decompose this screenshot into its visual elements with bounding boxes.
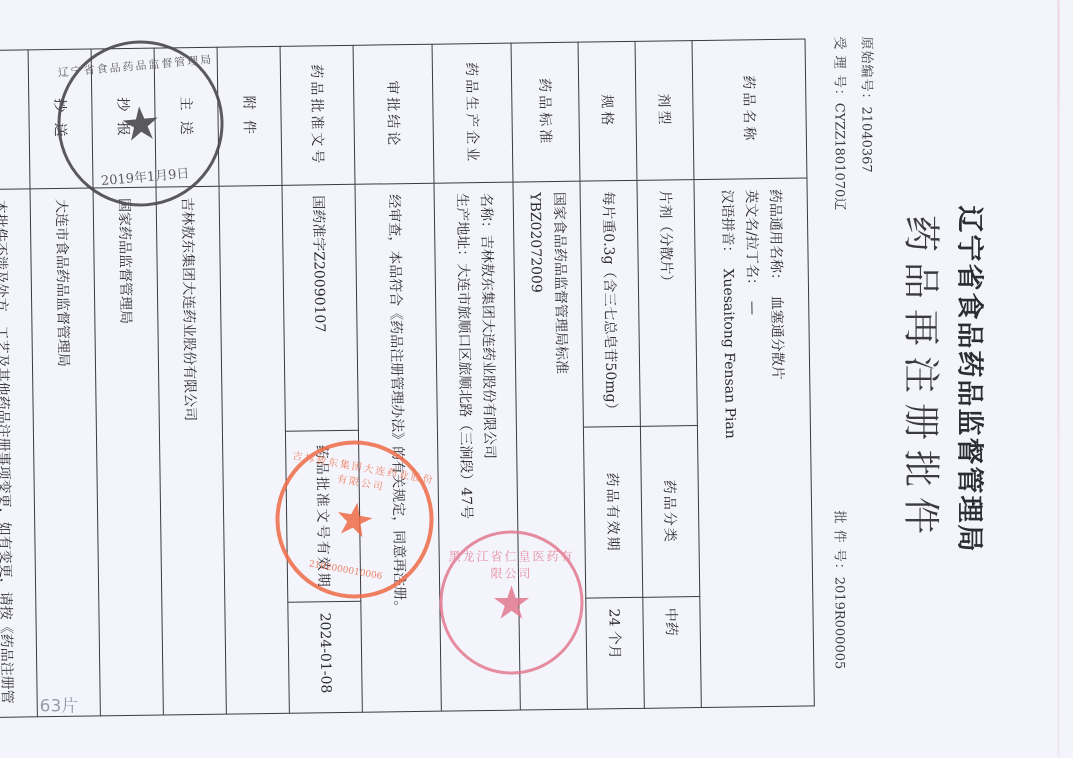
pinyin-name-label: 汉语拼音： [718, 189, 735, 259]
table-row: 抄 报 国家药品监督管理局 [91, 48, 163, 716]
conclusion-value: 经审查，本品符合《药品注册管理办法》的有关规定，同意再注册。 [354, 183, 440, 712]
drug-name-cell: 药品通用名称： 血塞通分散片 英文名/拉丁名： — 汉语拼音： Xuesaito… [693, 177, 813, 707]
conclusion-label: 审批结论 [353, 44, 434, 184]
remarks-label: 备 注 [0, 49, 30, 189]
approval-document-number-value: 2019R000005 [831, 576, 846, 669]
specification-label: 规格 [578, 41, 637, 181]
table-row: 主 送 吉林敖东集团大连药业股份有限公司 [154, 47, 226, 715]
manufacturer-label: 药品生产企业 [432, 43, 513, 183]
original-number: 原始编号：21040367 [858, 36, 877, 172]
manufacturer-cell: 名称：吉林敖东集团大连药业股份有限公司 生产地址：大连市旅顺口区旅顺北路（三涧段… [433, 182, 519, 711]
acceptance-number-value: CYZZ1801070辽 [831, 102, 846, 210]
registration-table: 药品名称 药品通用名称： 血塞通分散片 英文名/拉丁名： — 汉语拼音： Xue… [0, 38, 814, 718]
original-number-value: 21040367 [858, 106, 873, 172]
report-to-label: 抄 报 [91, 48, 156, 188]
main-recipient-label: 主 送 [154, 47, 219, 187]
pinyin-name-value: Xuesaitong Fensan Pian [719, 268, 737, 438]
validity-value: 24 个月 [585, 597, 644, 708]
manufacturer-name-label: 名称： [477, 192, 494, 234]
specification-value: 每片重0.3g（含三七总皂苷50mg） [579, 180, 639, 427]
table-row: 附 件 [217, 46, 289, 714]
main-recipient-value: 吉林敖东集团大连药业股份有限公司 [156, 186, 226, 715]
acceptance-number-label: 受 理 号： [831, 36, 846, 102]
drug-name-label: 药品名称 [692, 39, 807, 180]
dosage-form-value: 片剂（分散片） [636, 179, 696, 426]
scan-edge-line [1057, 0, 1059, 758]
attachment-label: 附 件 [217, 46, 282, 186]
approval-document-number: 批 件 号：2019R000005 [831, 510, 850, 669]
english-name-label: 英文名/拉丁名： [742, 189, 759, 292]
approval-number-value: 国药准字Z20090107 [281, 184, 357, 431]
approval-expiry-label: 药品批准文号有效期 [285, 430, 360, 602]
generic-name-label: 药品通用名称： [766, 188, 783, 286]
drug-category-value: 中药 [642, 596, 701, 707]
report-to-value: 国家药品监督管理局 [93, 187, 163, 716]
cc-value: 大连市食品药品监督管理局 [30, 187, 100, 716]
table-row: 药品批准文号 国药准字Z20090107 药品批准文号有效期 2024-01-0… [280, 45, 362, 713]
handwritten-note: 63片 [39, 691, 78, 716]
agency-title: 辽宁省食品药品监督管理局 [952, 0, 991, 758]
table-row: 抄 送 大连市食品药品监督管理局 [28, 48, 100, 716]
manufacturer-name-value: 吉林敖东集团大连药业股份有限公司 [478, 234, 497, 458]
manufacturer-address-value: 大连市旅顺口区旅顺北路（三涧段）47号 [454, 263, 474, 519]
drug-standard-label: 药品标准 [511, 42, 580, 182]
attachment-value [219, 185, 289, 714]
table-row: 药品生产企业 名称：吉林敖东集团大连药业股份有限公司 生产地址：大连市旅顺口区旅… [432, 43, 520, 711]
document-title: 药品再注册批件 [897, 0, 951, 758]
approval-number-label: 药品批准文号 [280, 45, 355, 185]
table-row: 剂型 片剂（分散片） 药品分类 中药 [635, 40, 701, 708]
dosage-form-label: 剂型 [635, 40, 694, 180]
drug-standard-cell: 国家食品药品监督管理局标准 YBZ02072009 [512, 181, 586, 710]
table-row: 药品标准 国家食品药品监督管理局标准 YBZ02072009 [511, 42, 587, 710]
approval-document-number-label: 批 件 号： [831, 510, 846, 576]
table-row: 药品名称 药品通用名称： 血塞通分散片 英文名/拉丁名： — 汉语拼音： Xue… [692, 39, 814, 708]
original-number-label: 原始编号： [858, 36, 873, 106]
document-page: 辽宁省食品药品监督管理局 药品再注册批件 原始编号：21040367 受 理 号… [0, 0, 1073, 758]
cc-label: 抄 送 [28, 48, 93, 188]
approval-expiry-value: 2024-01-08 [287, 601, 362, 713]
drug-category-label: 药品分类 [640, 425, 699, 597]
acceptance-number: 受 理 号：CYZZ1801070辽 [831, 36, 850, 210]
table-row: 规格 每片重0.3g（含三七总皂苷50mg） 药品有效期 24 个月 [578, 41, 644, 709]
generic-name-value: 血塞通分散片 [768, 295, 785, 379]
table-row: 审批结论 经审查，本品符合《药品注册管理办法》的有关规定，同意再注册。 [353, 44, 441, 712]
manufacturer-address-label: 生产地址： [453, 193, 470, 263]
english-name-value: — [744, 300, 760, 314]
validity-label: 药品有效期 [583, 426, 642, 598]
